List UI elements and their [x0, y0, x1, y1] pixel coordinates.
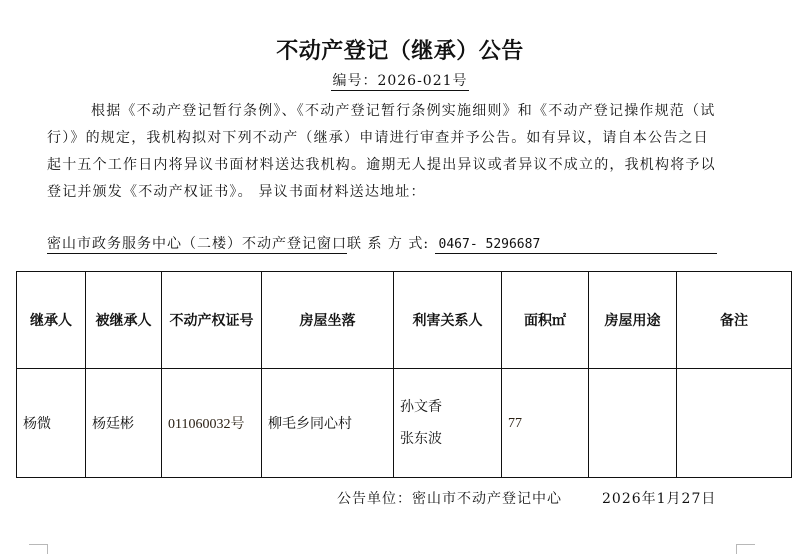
- page-corner-mark-left: [29, 544, 48, 554]
- column-header-heir: 继承人: [17, 272, 86, 369]
- column-header-location: 房屋坐落: [262, 272, 394, 369]
- column-header-interested-parties: 利害关系人: [394, 272, 502, 369]
- cell-remarks: [677, 369, 792, 478]
- document-number: 编号：2026-021号: [0, 70, 800, 90]
- page-corner-mark-right: [736, 544, 755, 554]
- body-line: 行）》的规定，我机构拟对下列不动产（继承）申请进行审查并予公告。如有异议，请自本…: [47, 125, 737, 152]
- table-row: 杨微 杨廷彬 011060032号 柳毛乡同心村 孙文香 张东波 77: [17, 369, 792, 478]
- area-value: 77: [508, 416, 522, 431]
- contact-label: 联 系 方 式:: [347, 236, 429, 252]
- body-line: 起十五个工作日内将异议书面材料送达我机构。逾期无人提出异议或者异议不成立的，我机…: [47, 152, 737, 179]
- page-title: 不动产登记（继承）公告: [0, 34, 800, 65]
- announcement-footer: 公告单位：密山市不动产登记中心2026年1月27日: [337, 488, 716, 508]
- cell-decedent: 杨廷彬: [86, 369, 162, 478]
- cell-usage: [589, 369, 677, 478]
- interested-party: 孙文香: [400, 391, 495, 423]
- announcement-date: 2026年1月27日: [602, 491, 716, 507]
- column-header-usage: 房屋用途: [589, 272, 677, 369]
- interested-party: 张东波: [400, 423, 495, 455]
- document-number-text: 编号：2026-021号: [331, 73, 468, 91]
- cert-number: 011060032号: [168, 417, 244, 432]
- cell-interested-parties: 孙文香 张东波: [394, 369, 502, 478]
- announcement-body: 根据《不动产登记暂行条例》、《不动产登记暂行条例实施细则》和《不动产登记操作规范…: [47, 98, 737, 206]
- cell-area: 77: [502, 369, 589, 478]
- inheritance-table: 继承人 被继承人 不动产权证号 房屋坐落 利害关系人 面积㎡ 房屋用途 备注 杨…: [16, 271, 792, 478]
- issuing-unit: 公告单位：密山市不动产登记中心: [337, 491, 562, 507]
- body-line: 登记并颁发《不动产权证书》。 异议书面材料送达地址：: [47, 179, 737, 206]
- cell-heir: 杨微: [17, 369, 86, 478]
- column-header-decedent: 被继承人: [86, 272, 162, 369]
- table-header-row: 继承人 被继承人 不动产权证号 房屋坐落 利害关系人 面积㎡ 房屋用途 备注: [17, 272, 792, 369]
- cell-cert-no: 011060032号: [162, 369, 262, 478]
- contact-phone: 0467- 5296687: [435, 237, 717, 254]
- column-header-remarks: 备注: [677, 272, 792, 369]
- column-header-cert-no: 不动产权证号: [162, 272, 262, 369]
- contact-line: 密山市政务服务中心（二楼）不动产登记窗口联 系 方 式: 0467- 52966…: [47, 233, 737, 257]
- column-header-area: 面积㎡: [502, 272, 589, 369]
- body-line: 根据《不动产登记暂行条例》、《不动产登记暂行条例实施细则》和《不动产登记操作规范…: [47, 98, 737, 125]
- cell-location: 柳毛乡同心村: [262, 369, 394, 478]
- submission-address: 密山市政务服务中心（二楼）不动产登记窗口: [47, 236, 347, 254]
